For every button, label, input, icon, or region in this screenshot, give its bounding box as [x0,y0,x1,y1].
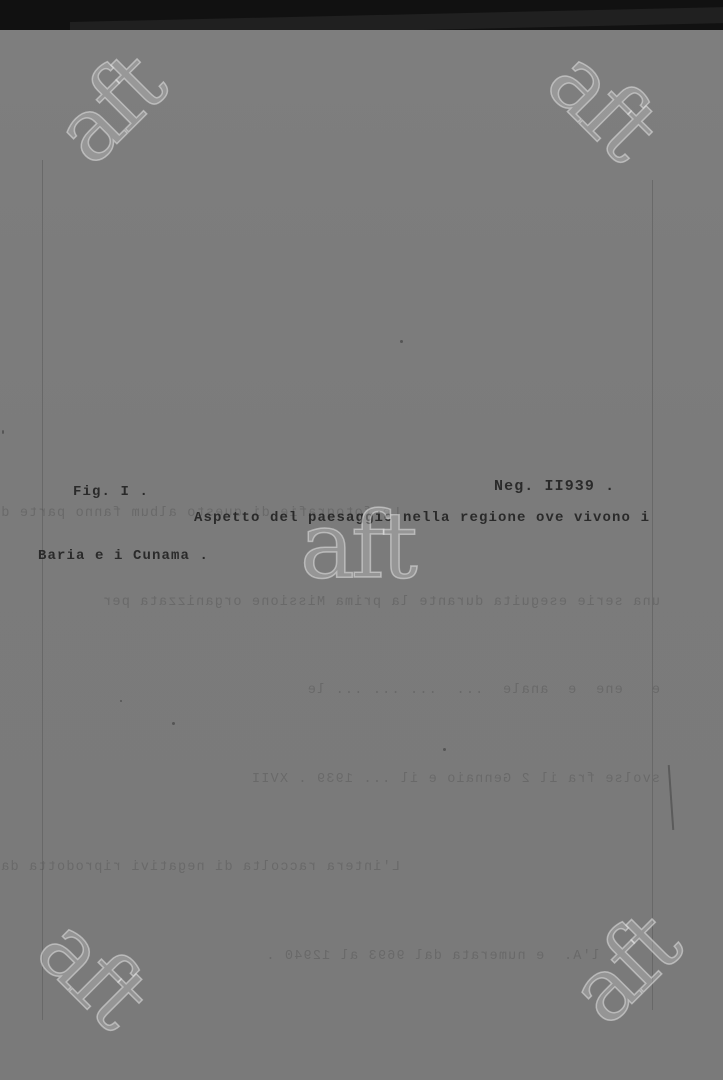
caption-line-1: Aspetto del paesaggio nella regione ove … [194,510,650,526]
bleed-line: l'A. e numerata dal 9693 al 12940 . [40,942,660,972]
dust-speck [400,340,403,343]
negative-number: Neg. II939 . [494,478,615,495]
bleed-line: una serie eseguita durante la prima Miss… [40,588,660,618]
caption-line-2: Baria e i Cunama . [38,548,209,564]
scan-top-edge [0,0,723,34]
bleed-line: e ene e anale ... ... ... ... le [40,676,660,706]
figure-label: Fig. I . [73,484,149,500]
bleed-line: svolse fra il 2 Gennaio e il ... 1939 . … [40,765,660,795]
bleed-line: L'intera raccolta di negativi riprodotta… [40,853,660,883]
dust-speck [2,430,4,434]
